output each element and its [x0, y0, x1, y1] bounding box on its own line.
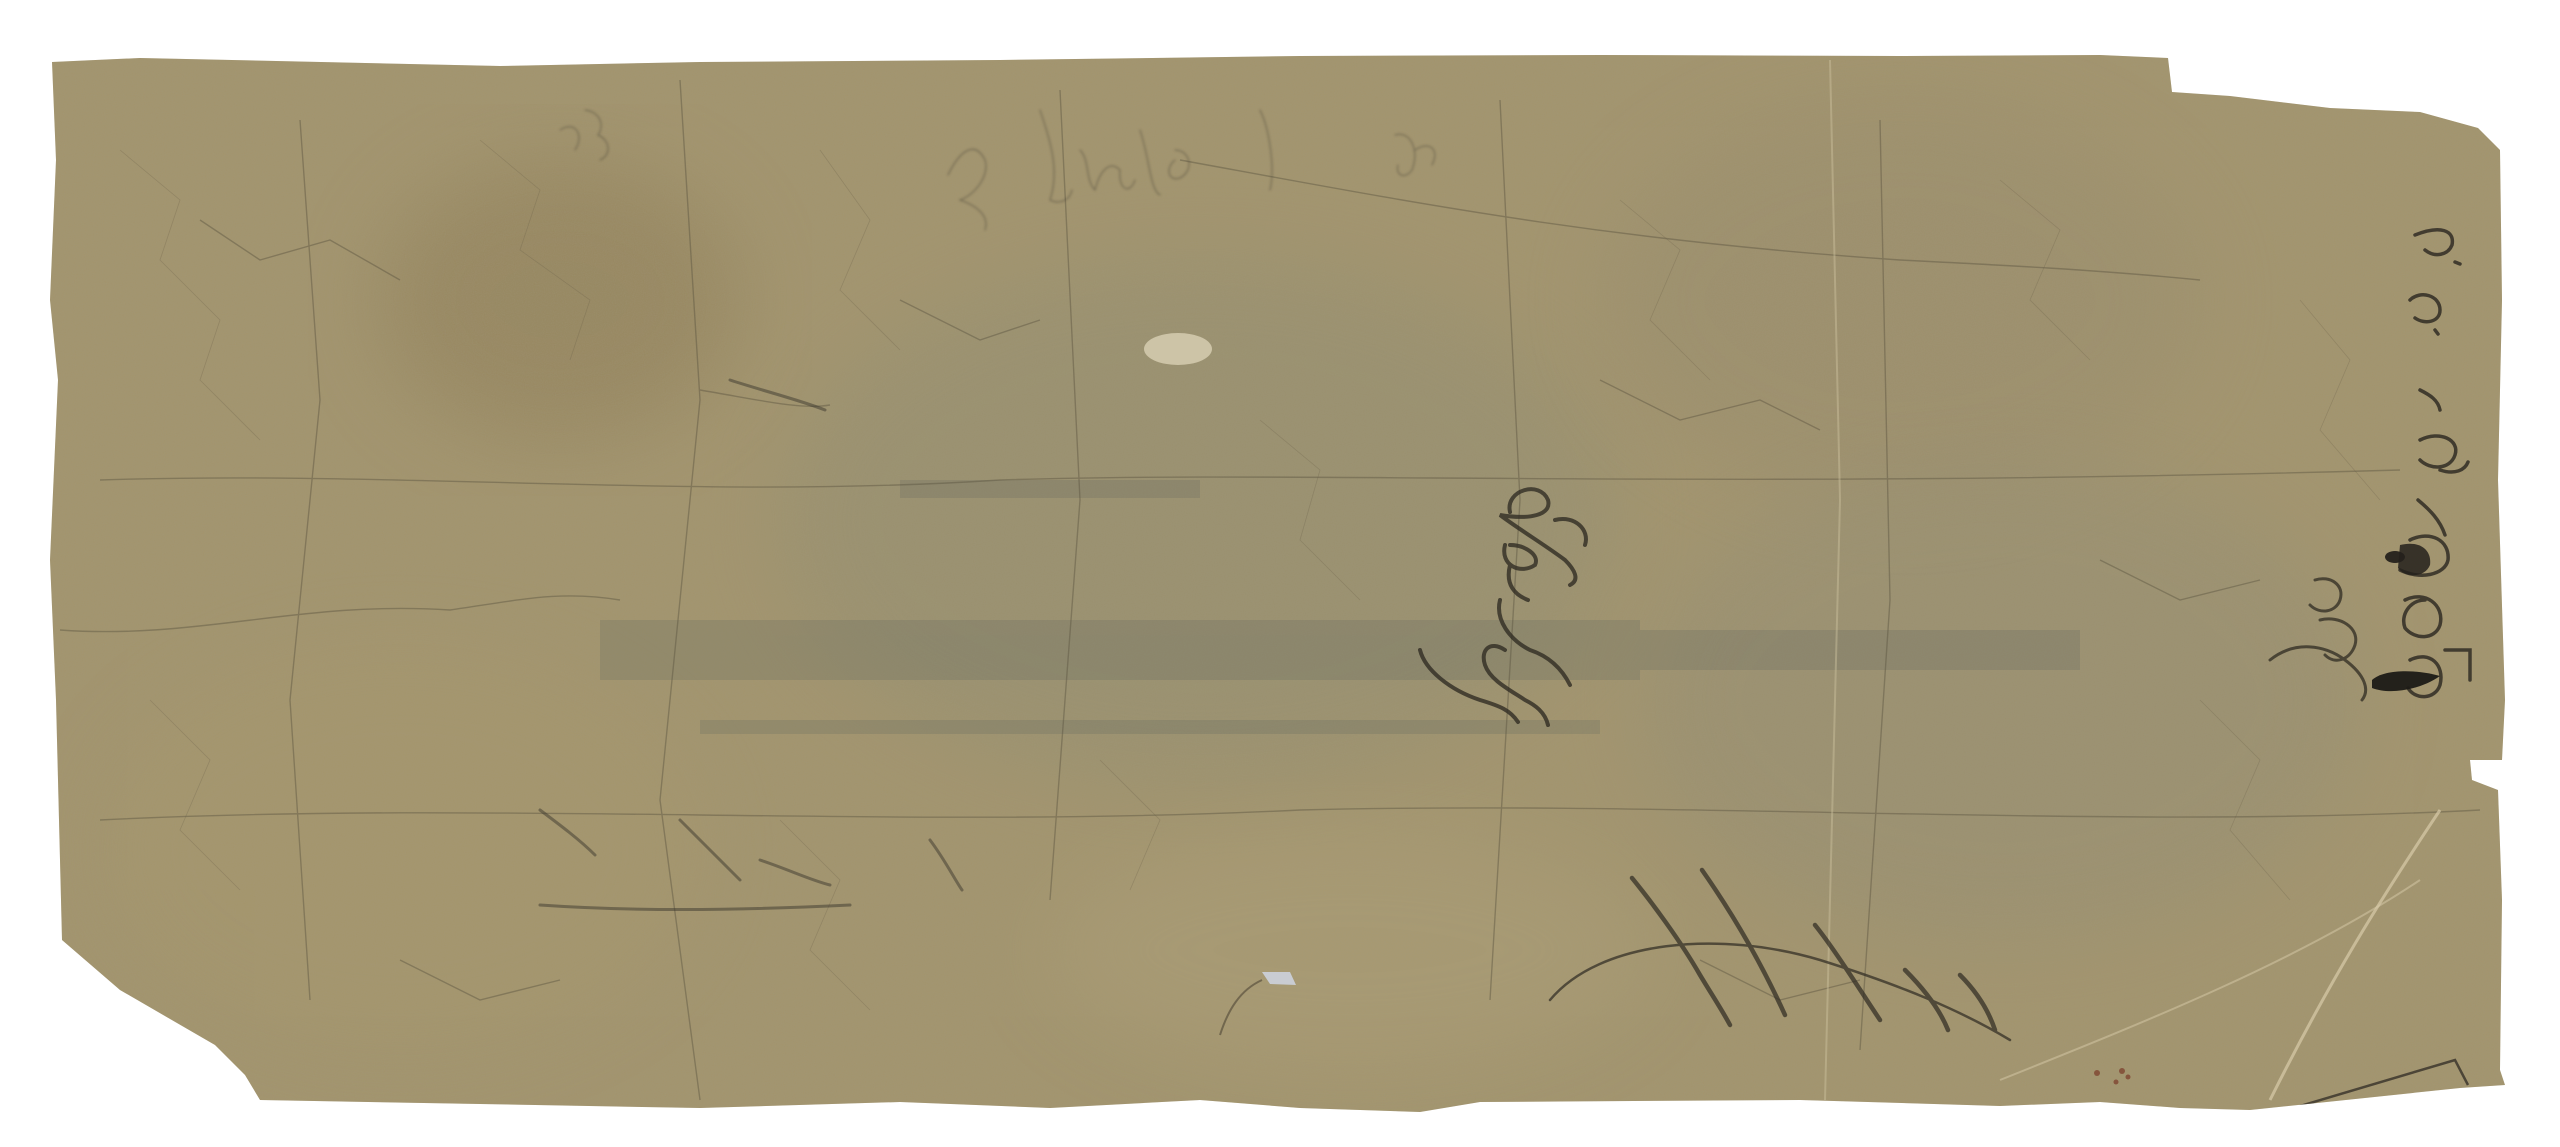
paper-sheet	[0, 0, 2560, 1147]
document-scan	[0, 0, 2560, 1147]
worn-spot	[1144, 333, 1212, 365]
